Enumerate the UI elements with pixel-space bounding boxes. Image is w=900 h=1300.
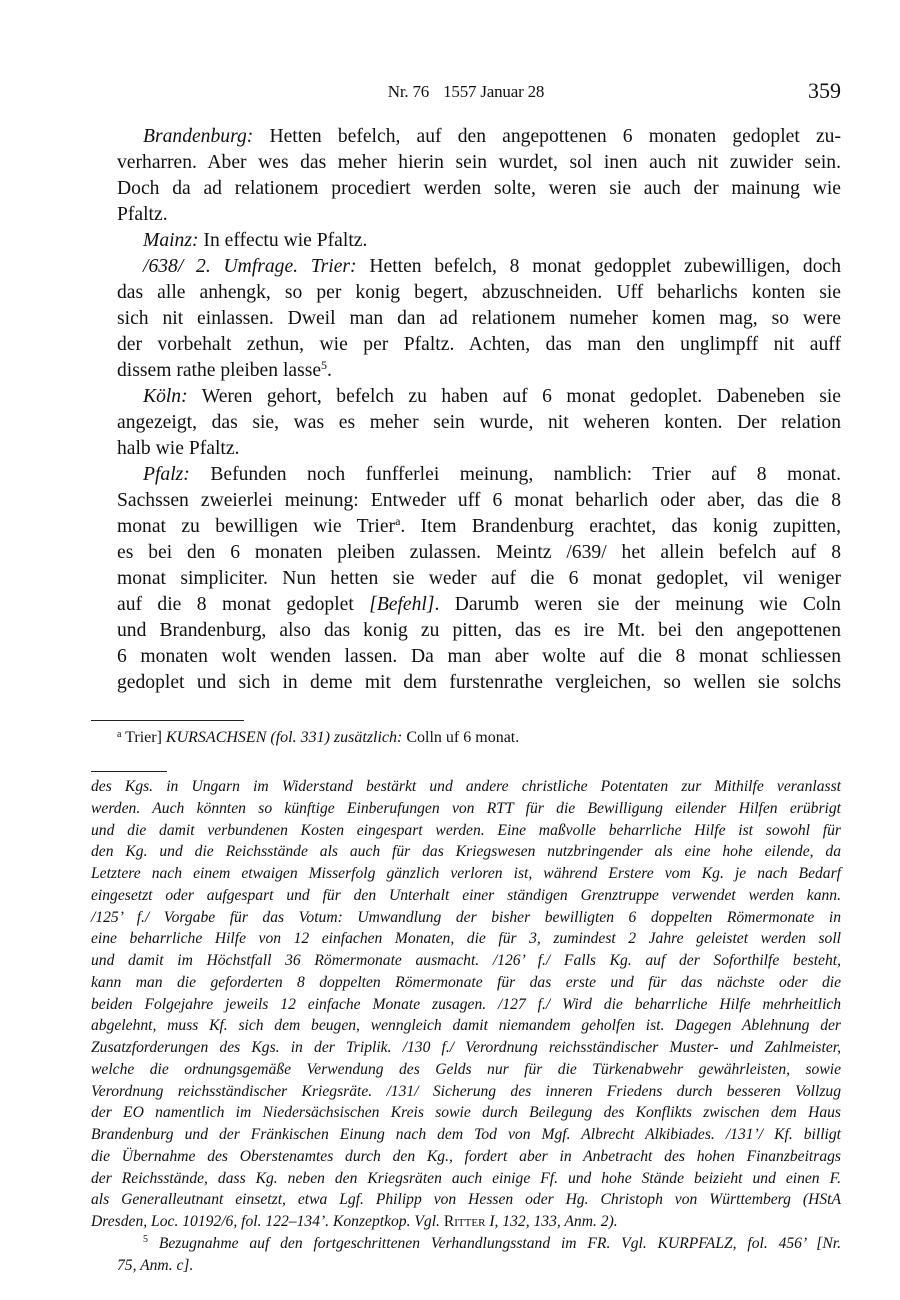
section-marker: /638/ 2. Umfrage. Trier: <box>143 256 357 277</box>
note-line: Dresden, Loc. 10192/6, fol. 122–134’. Ko… <box>91 1211 841 1233</box>
commentary-divider <box>91 771 167 772</box>
main-text: Brandenburg: Hetten befelch, auf den ang… <box>91 124 841 696</box>
commentary-note-5: 5 Bezugnahme auf den fortgeschrittenen V… <box>91 1233 841 1277</box>
paragraph-brandenburg: Brandenburg: Hetten befelch, auf den ang… <box>91 124 841 228</box>
note-line: und damit im Höchstfall 36 Römermonate a… <box>91 950 841 972</box>
text-line: Köln: Weren gehort, befelch zu haben auf… <box>91 384 841 410</box>
note-line: als Generalleutnant einsetzt, etwa Lgf. … <box>91 1189 841 1211</box>
document-page: Nr. 761557 Januar 28 359 Brandenburg: He… <box>0 0 900 1300</box>
running-title: Nr. 761557 Januar 28 <box>91 82 841 102</box>
note-line: eingesetzt oder aufgespart und für den U… <box>91 885 841 907</box>
text-line: /638/ 2. Umfrage. Trier: Hetten befelch,… <box>91 254 841 280</box>
note-line: der EO namentlich im Niedersächsischen K… <box>91 1102 841 1124</box>
paragraph-koeln: Köln: Weren gehort, befelch zu haben auf… <box>91 384 841 462</box>
note-line: den Kg. und die Reichsstände als auch fü… <box>91 841 841 863</box>
note-source: KURSACHSEN (fol. 331) zusätzlich: <box>166 729 402 746</box>
note-line: welche die ordnungsgemäße Verwendung des… <box>91 1059 841 1081</box>
footnote-divider <box>91 720 244 721</box>
commentary-continued: des Kgs. in Ungarn im Widerstand bestärk… <box>91 776 841 1233</box>
text-line: Pfalz: Befunden noch funfferlei meinung,… <box>91 462 841 488</box>
running-header: Nr. 761557 Januar 28 359 <box>91 78 841 106</box>
note-line: werden. Auch könnten so künftige Einberu… <box>91 798 841 820</box>
note-line: Brandenburg und der Fränkischen Einung n… <box>91 1124 841 1146</box>
text-line: angezeigt, das sie, was es meher sein wu… <box>91 410 841 436</box>
paragraph-pfalz: Pfalz: Befunden noch funfferlei meinung,… <box>91 462 841 696</box>
note-line: 5 Bezugnahme auf den fortgeschrittenen V… <box>91 1233 841 1255</box>
note-lemma: Trier] <box>125 729 162 746</box>
paragraph-trier: /638/ 2. Umfrage. Trier: Hetten befelch,… <box>91 254 841 384</box>
note-line: eine beharrliche Hilfe von 12 einfachen … <box>91 928 841 950</box>
text-line: auf die 8 monat gedoplet [Befehl]. Darum… <box>91 592 841 618</box>
note-line: Letztere nach einem etwaigen Misserfolg … <box>91 863 841 885</box>
commentary-notes: des Kgs. in Ungarn im Widerstand bestärk… <box>91 776 841 1276</box>
paragraph-mainz: Mainz: In effectu wie Pfaltz. <box>91 228 841 254</box>
note-line: und die damit verbundenen Kosten eingesp… <box>91 820 841 842</box>
note-text: Colln uf 6 monat. <box>406 729 519 746</box>
page-number: 359 <box>808 78 841 104</box>
text-line: dissem rathe pleiben lasse5. <box>91 358 841 384</box>
editorial-insertion: [Befehl] <box>369 594 434 615</box>
text-line: Doch da ad relationem procediert werden … <box>91 176 841 202</box>
note-line: abgelehnt, muss Kf. sich dem beugen, wen… <box>91 1015 841 1037</box>
note-ref: a <box>117 729 121 740</box>
note-line: /125’ f./ Vorgabe für das Votum: Umwandl… <box>91 907 841 929</box>
speaker-label: Köln: <box>143 386 188 407</box>
note-line: die Übernahme des Oberstenamtes durch de… <box>91 1146 841 1168</box>
speaker-label: Mainz: <box>143 230 199 251</box>
text-line: monat simpliciter. Nun hetten sie weder … <box>91 566 841 592</box>
speaker-label: Brandenburg: <box>143 126 253 147</box>
speaker-label: Pfalz: <box>143 464 190 485</box>
note-line: Zusatzforderungen des Kgs. in der Tripli… <box>91 1037 841 1059</box>
text-line: Brandenburg: Hetten befelch, auf den ang… <box>91 124 841 150</box>
note-line: 75, Anm. c]. <box>91 1255 841 1277</box>
note-line: des Kgs. in Ungarn im Widerstand bestärk… <box>91 776 841 798</box>
textcritical-note-a: a Trier] KURSACHSEN (fol. 331) zusätzlic… <box>117 728 519 748</box>
author-smallcaps: Ritter <box>444 1213 486 1230</box>
text-line: und Brandenburg, also das konig zu pitte… <box>91 618 841 644</box>
doc-number: Nr. 76 <box>388 82 429 101</box>
note-line: der Reichsstände, dass Kg. neben den Kri… <box>91 1168 841 1190</box>
text-line: gedoplet und sich in deme mit dem furste… <box>91 670 841 696</box>
text-line: Mainz: In effectu wie Pfaltz. <box>91 228 841 254</box>
note-line: kann man die geforderten 8 doppelten Röm… <box>91 972 841 994</box>
text-line: Pfaltz. <box>91 202 841 228</box>
text-line: es bei den 6 monaten pleiben zulassen. M… <box>91 540 841 566</box>
text-line: 6 monaten wolt wenden lassen. Da man abe… <box>91 644 841 670</box>
text-line: Sachssen zweierlei meinung: Entweder uff… <box>91 488 841 514</box>
note-line: Verordnung reichsständischer Kriegsräte.… <box>91 1081 841 1103</box>
text-line: verharren. Aber wes das meher hierin sei… <box>91 150 841 176</box>
note-line: beiden Folgejahre jeweils 12 einfache Mo… <box>91 994 841 1016</box>
note-number: 5 <box>143 1234 148 1245</box>
text-line: sich nit einlassen. Dweil man dan ad rel… <box>91 306 841 332</box>
doc-date: 1557 Januar 28 <box>443 82 544 101</box>
text-line: der vorbehalt zethun, wie per Pfaltz. Ac… <box>91 332 841 358</box>
text-line: monat zu bewilligen wie Triera. Item Bra… <box>91 514 841 540</box>
text-line: das alle anhengk, so per konig begert, a… <box>91 280 841 306</box>
text-line: halb wie Pfaltz. <box>91 436 841 462</box>
